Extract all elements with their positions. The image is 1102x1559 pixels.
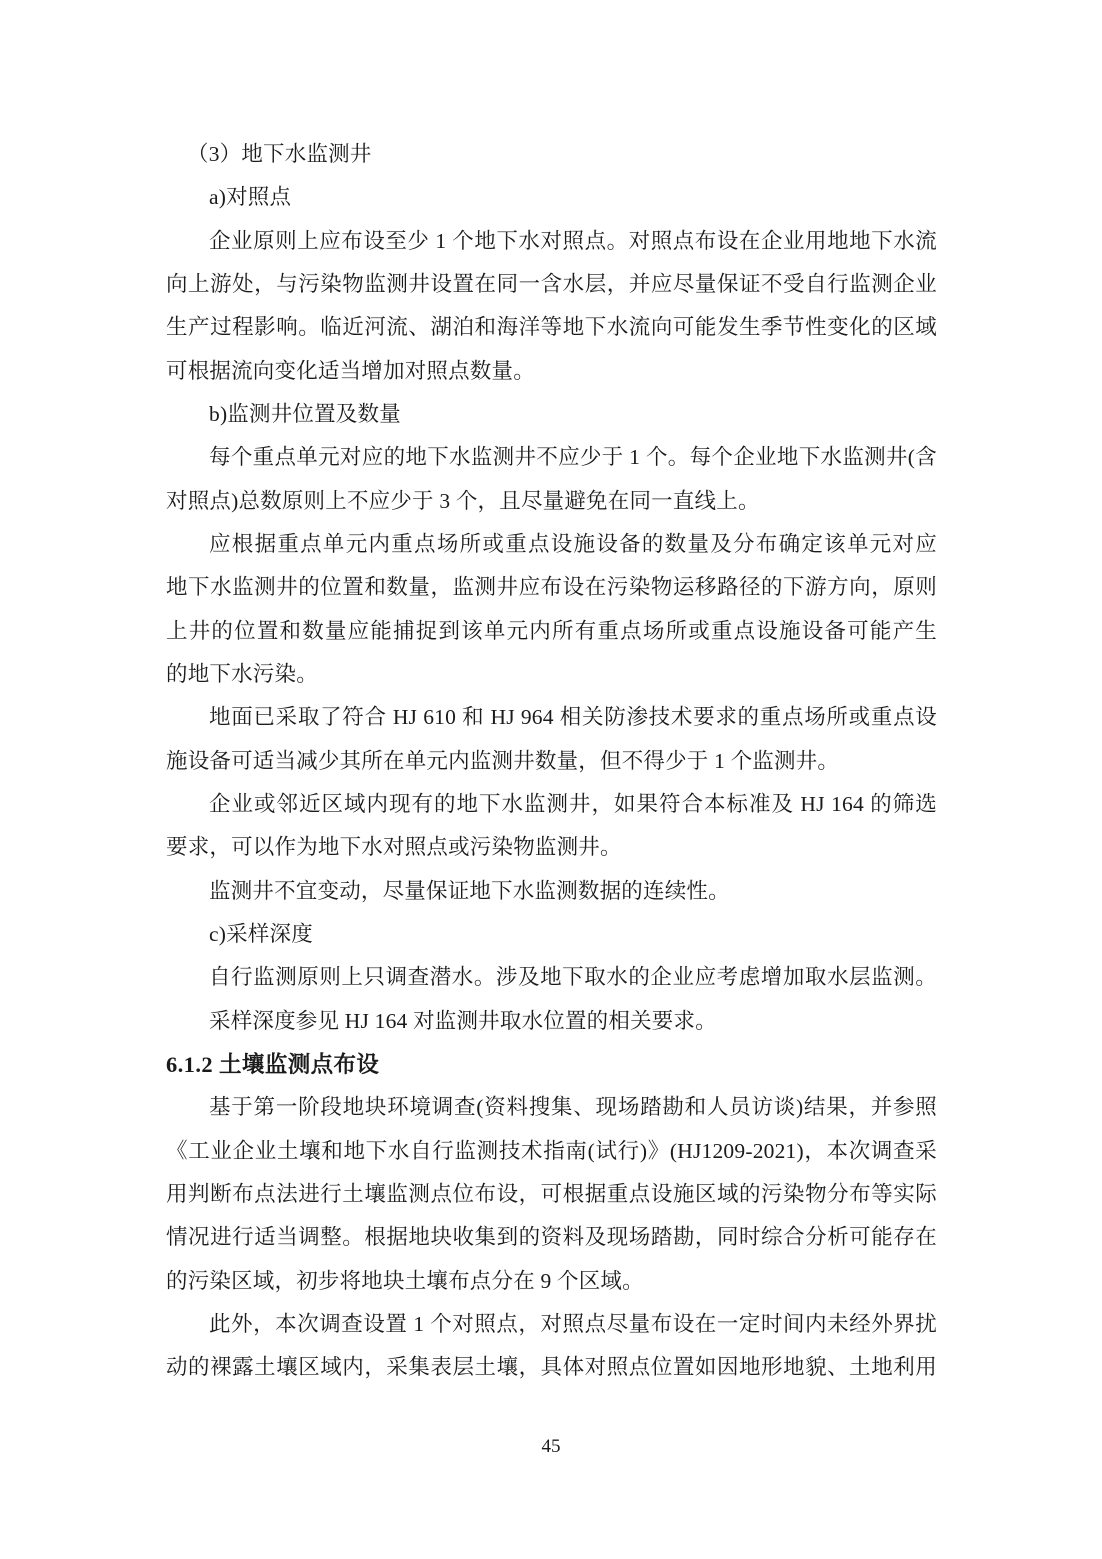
paragraph-line: 基于第一阶段地块环境调查(资料搜集、现场踏勘和人员访谈)结果，并参照 (166, 1086, 937, 1129)
paragraph-line: 地面已采取了符合 HJ 610 和 HJ 964 相关防渗技术要求的重点场所或重… (166, 696, 937, 739)
list-item-label: a)对照点 (166, 176, 937, 219)
list-item-label: c)采样深度 (166, 913, 937, 956)
paragraph-line: 施设备可适当减少其所在单元内监测井数量，但不得少于 1 个监测井。 (166, 740, 937, 783)
paragraph-line: 上井的位置和数量应能捕捉到该单元内所有重点场所或重点设施设备可能产生 (166, 610, 937, 653)
paragraph-line: 监测井不宜变动，尽量保证地下水监测数据的连续性。 (166, 870, 937, 913)
paragraph-line: 企业原则上应布设至少 1 个地下水对照点。对照点布设在企业用地地下水流 (166, 220, 937, 263)
document-page: （3）地下水监测井a)对照点企业原则上应布设至少 1 个地下水对照点。对照点布设… (0, 0, 1102, 1559)
paragraph-line: 的污染区域，初步将地块土壤布点分在 9 个区域。 (166, 1260, 937, 1303)
paragraph-line: 应根据重点单元内重点场所或重点设施设备的数量及分布确定该单元对应 (166, 523, 937, 566)
paragraph-line: 生产过程影响。临近河流、湖泊和海洋等地下水流向可能发生季节性变化的区域 (166, 306, 937, 349)
list-item-label: b)监测井位置及数量 (166, 393, 937, 436)
paragraph-line: 用判断布点法进行土壤监测点位布设，可根据重点设施区域的污染物分布等实际 (166, 1173, 937, 1216)
paragraph-line: 每个重点单元对应的地下水监测井不应少于 1 个。每个企业地下水监测井(含 (166, 436, 937, 479)
page-number: 45 (542, 1436, 561, 1457)
paragraph-line: 可根据流向变化适当增加对照点数量。 (166, 350, 937, 393)
document-content: （3）地下水监测井a)对照点企业原则上应布设至少 1 个地下水对照点。对照点布设… (166, 133, 937, 1390)
paragraph-line: 此外，本次调查设置 1 个对照点，对照点尽量布设在一定时间内未经外界扰 (166, 1303, 937, 1346)
paragraph-line: 《工业企业土壤和地下水自行监测技术指南(试行)》(HJ1209-2021)，本次… (166, 1130, 937, 1173)
paragraph-line: 情况进行适当调整。根据地块收集到的资料及现场踏勘，同时综合分析可能存在 (166, 1216, 937, 1259)
paragraph-line: 向上游处，与污染物监测井设置在同一含水层，并应尽量保证不受自行监测企业 (166, 263, 937, 306)
paragraph-line: 自行监测原则上只调查潜水。涉及地下取水的企业应考虑增加取水层监测。 (166, 956, 937, 999)
paragraph-line: 企业或邻近区域内现有的地下水监测井，如果符合本标准及 HJ 164 的筛选 (166, 783, 937, 826)
list-item-label: （3）地下水监测井 (166, 133, 937, 176)
paragraph-line: 采样深度参见 HJ 164 对监测井取水位置的相关要求。 (166, 1000, 937, 1043)
section-heading: 6.1.2 土壤监测点布设 (166, 1043, 937, 1086)
paragraph-line: 对照点)总数原则上不应少于 3 个，且尽量避免在同一直线上。 (166, 480, 937, 523)
paragraph-line: 的地下水污染。 (166, 653, 937, 696)
page-footer: 45 (0, 1434, 1102, 1460)
paragraph-line: 要求，可以作为地下水对照点或污染物监测井。 (166, 826, 937, 869)
paragraph-line: 地下水监测井的位置和数量，监测井应布设在污染物运移路径的下游方向，原则 (166, 566, 937, 609)
paragraph-line: 动的裸露土壤区域内，采集表层土壤，具体对照点位置如因地形地貌、土地利用 (166, 1346, 937, 1389)
